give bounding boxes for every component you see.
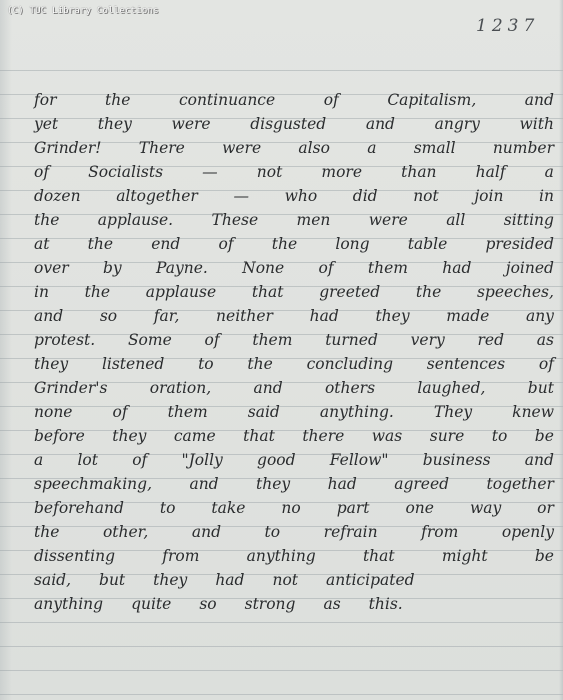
word: and	[192, 520, 221, 544]
word: of	[132, 448, 147, 472]
word: "Jolly	[181, 448, 222, 472]
word: anything.	[320, 400, 394, 424]
word: There	[139, 136, 185, 160]
word: the	[416, 280, 441, 304]
text-line: andsofar,neitherhadtheymadeany	[34, 304, 554, 328]
rule-line	[0, 670, 563, 671]
word: had	[442, 256, 471, 280]
word: but	[99, 568, 125, 592]
word: continuance	[179, 88, 275, 112]
word: said	[248, 400, 280, 424]
word: had	[328, 472, 357, 496]
rule-line	[0, 646, 563, 647]
word: anticipated	[326, 568, 415, 592]
word: long	[335, 232, 369, 256]
word: joined	[506, 256, 554, 280]
word: but	[528, 376, 554, 400]
word: —	[202, 160, 218, 184]
word: good	[257, 448, 296, 472]
word: they	[153, 568, 187, 592]
word: Capitalism,	[387, 88, 476, 112]
word: the	[272, 232, 297, 256]
word: of	[319, 256, 334, 280]
text-line: anythingquitesostrongasthis.	[34, 592, 554, 616]
word: as	[323, 592, 340, 616]
word: quite	[131, 592, 171, 616]
word: and	[254, 376, 283, 400]
word: Payne.	[156, 256, 208, 280]
word: others	[325, 376, 375, 400]
handwritten-text-body: forthecontinuanceofCapitalism,andyetthey…	[34, 88, 554, 616]
word: for	[34, 88, 56, 112]
word: sentences	[427, 352, 505, 376]
word: join	[474, 184, 503, 208]
word: Grinder!	[34, 136, 101, 160]
word: any	[526, 304, 554, 328]
word: of	[113, 400, 128, 424]
text-line: overbyPayne.Noneofthemhadjoined	[34, 256, 554, 280]
word: applause.	[98, 208, 173, 232]
text-line: Grinder'soration,andotherslaughed,but	[34, 376, 554, 400]
word: from	[162, 544, 199, 568]
word: beforehand	[34, 496, 124, 520]
word: openly	[502, 520, 554, 544]
word: not	[413, 184, 439, 208]
text-line: protest.Someofthemturnedveryredas	[34, 328, 554, 352]
word: to	[492, 424, 508, 448]
word: of	[539, 352, 554, 376]
word: by	[103, 256, 122, 280]
word: Fellow"	[330, 448, 389, 472]
word: They	[434, 400, 472, 424]
word: other,	[103, 520, 148, 544]
word: far,	[154, 304, 180, 328]
word: to	[198, 352, 214, 376]
word: protest.	[34, 328, 95, 352]
word: no	[281, 496, 300, 520]
text-line: dissentingfromanythingthatmightbe	[34, 544, 554, 568]
word: one	[405, 496, 434, 520]
word: them	[252, 328, 292, 352]
text-line: ofSocialists—notmorethanhalfa	[34, 160, 554, 184]
word: that	[363, 544, 395, 568]
word: and	[189, 472, 218, 496]
rule-line	[0, 694, 563, 695]
manuscript-page: (C) TUC Library Collections 1237 forthec…	[0, 0, 563, 700]
word: Some	[128, 328, 172, 352]
word: anything	[247, 544, 316, 568]
rule-line	[0, 70, 563, 71]
word: them	[168, 400, 208, 424]
word: so	[199, 592, 216, 616]
word: to	[160, 496, 176, 520]
text-line: beforehandtotakenopartonewayor	[34, 496, 554, 520]
word: the	[88, 232, 113, 256]
word: neither	[216, 304, 273, 328]
text-line: said,buttheyhadnotanticipated	[34, 568, 554, 592]
word: greeted	[319, 280, 380, 304]
word: of	[34, 160, 49, 184]
word: sure	[430, 424, 465, 448]
text-line: theother,andtorefrainfromopenly	[34, 520, 554, 544]
word: together	[487, 472, 554, 496]
word: strong	[245, 592, 296, 616]
text-line: theylistenedtotheconcludingsentencesof	[34, 352, 554, 376]
word: agreed	[394, 472, 449, 496]
word: who	[285, 184, 318, 208]
word: as	[537, 328, 554, 352]
word: angry	[435, 112, 480, 136]
word: knew	[512, 400, 554, 424]
word: presided	[485, 232, 553, 256]
text-line: attheendofthelongtablepresided	[34, 232, 554, 256]
word: anything	[34, 592, 103, 616]
word: in	[34, 280, 49, 304]
word: lot	[77, 448, 98, 472]
word: a	[34, 448, 43, 472]
word: had	[215, 568, 244, 592]
word: small	[414, 136, 456, 160]
word: so	[100, 304, 117, 328]
word: they	[375, 304, 409, 328]
word: were	[369, 208, 408, 232]
word: listened	[102, 352, 164, 376]
word: applause	[146, 280, 216, 304]
word: came	[174, 424, 216, 448]
word: Grinder's	[34, 376, 107, 400]
word: end	[151, 232, 180, 256]
text-line: dozenaltogether—whodidnotjoinin	[34, 184, 554, 208]
word: laughed,	[417, 376, 485, 400]
word: oration,	[150, 376, 211, 400]
word: men	[297, 208, 331, 232]
text-line: yettheyweredisgustedandangrywith	[34, 112, 554, 136]
word: over	[34, 256, 69, 280]
word: Socialists	[88, 160, 163, 184]
word: business	[423, 448, 491, 472]
word: red	[478, 328, 505, 352]
word: a	[545, 160, 554, 184]
page-edge	[559, 0, 563, 700]
word: altogether	[116, 184, 198, 208]
word: of	[324, 88, 339, 112]
word: none	[34, 400, 72, 424]
word: made	[446, 304, 489, 328]
word: there	[302, 424, 344, 448]
text-line: theapplause.Thesemenwereallsitting	[34, 208, 554, 232]
word: in	[539, 184, 554, 208]
word: they	[256, 472, 290, 496]
word: yet	[34, 112, 58, 136]
word: half	[476, 160, 506, 184]
word: all	[446, 208, 465, 232]
word: and	[525, 88, 554, 112]
text-line: beforetheycamethattherewassuretobe	[34, 424, 554, 448]
word: more	[321, 160, 362, 184]
copyright-watermark: (C) TUC Library Collections	[7, 6, 159, 16]
word: them	[368, 256, 408, 280]
word: be	[535, 424, 554, 448]
word: that	[243, 424, 275, 448]
word: and	[34, 304, 63, 328]
word: speeches,	[477, 280, 554, 304]
word: way	[470, 496, 501, 520]
text-line: noneofthemsaidanything.Theyknew	[34, 400, 554, 424]
word: from	[421, 520, 458, 544]
word: table	[408, 232, 448, 256]
word: the	[105, 88, 130, 112]
word: dissenting	[34, 544, 115, 568]
word: also	[298, 136, 329, 160]
word: not	[272, 568, 298, 592]
rule-line	[0, 622, 563, 623]
word: at	[34, 232, 49, 256]
word: they	[112, 424, 146, 448]
word: refrain	[324, 520, 378, 544]
word: or	[537, 496, 554, 520]
word: the	[85, 280, 110, 304]
word: had	[310, 304, 339, 328]
word: None	[242, 256, 284, 280]
word: of	[219, 232, 234, 256]
word: before	[34, 424, 85, 448]
word: very	[411, 328, 445, 352]
word: this.	[369, 592, 403, 616]
word: and	[525, 448, 554, 472]
word: with	[520, 112, 554, 136]
word: sitting	[504, 208, 554, 232]
word: was	[372, 424, 402, 448]
word: than	[401, 160, 436, 184]
text-line: forthecontinuanceofCapitalism,and	[34, 88, 554, 112]
word: turned	[325, 328, 378, 352]
text-line: speechmaking,andtheyhadagreedtogether	[34, 472, 554, 496]
word: disgusted	[250, 112, 326, 136]
word: —	[233, 184, 249, 208]
word: and	[366, 112, 395, 136]
word: they	[34, 352, 68, 376]
word: that	[252, 280, 284, 304]
word: to	[265, 520, 281, 544]
word: be	[535, 544, 554, 568]
page-number: 1237	[476, 16, 539, 36]
text-line: Grinder!Therewerealsoasmallnumber	[34, 136, 554, 160]
word: were	[172, 112, 211, 136]
word: a	[367, 136, 376, 160]
text-line: alotof"JollygoodFellow"businessand	[34, 448, 554, 472]
word: did	[353, 184, 378, 208]
word: concluding	[307, 352, 393, 376]
word: of	[205, 328, 220, 352]
word: they	[98, 112, 132, 136]
word: number	[493, 136, 554, 160]
word: said,	[34, 568, 71, 592]
text-line: intheapplausethatgreetedthespeeches,	[34, 280, 554, 304]
word: These	[212, 208, 259, 232]
word: dozen	[34, 184, 81, 208]
word: take	[211, 496, 245, 520]
word: speechmaking,	[34, 472, 152, 496]
word: the	[247, 352, 272, 376]
word: not	[257, 160, 283, 184]
word: the	[34, 520, 59, 544]
word: were	[222, 136, 261, 160]
word: the	[34, 208, 59, 232]
word: part	[337, 496, 370, 520]
word: might	[442, 544, 488, 568]
